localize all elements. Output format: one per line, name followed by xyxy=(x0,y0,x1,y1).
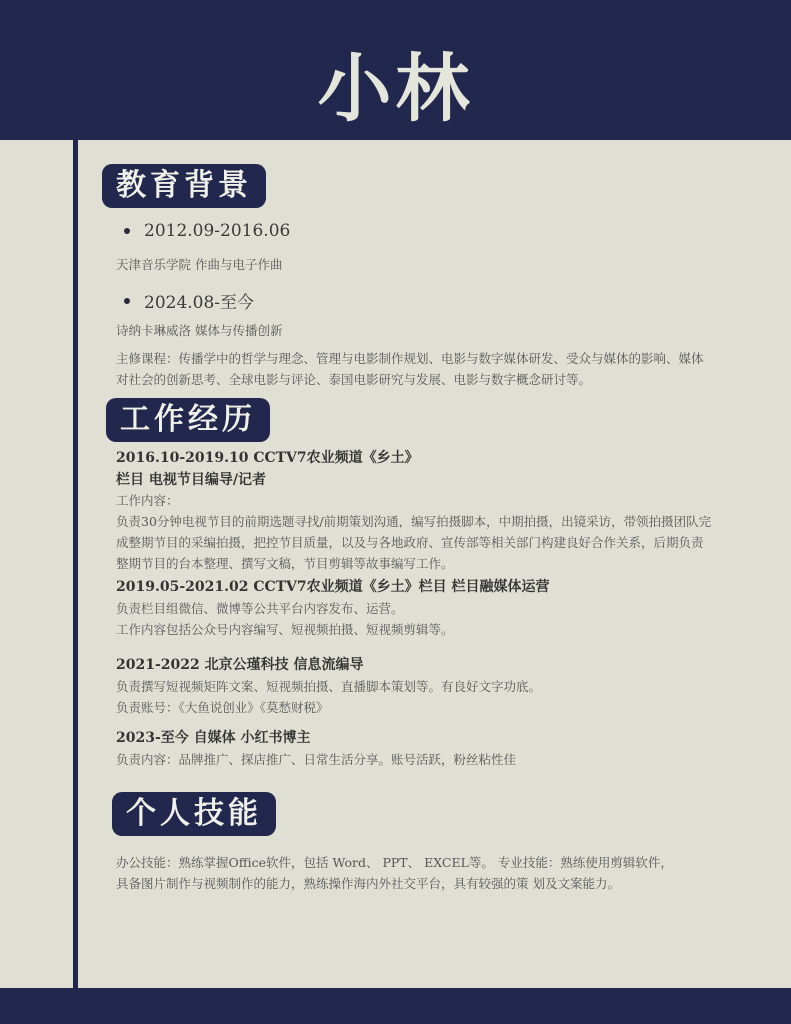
education-period: 2012.09-2016.06 xyxy=(144,221,290,241)
job-line: 成整期节目的采编拍摄，把控节目质量，以及与各地政府、宣传部等相关部门构建良好合作… xyxy=(116,532,756,553)
job-line: 负责账号：《大鱼说创业》《莫愁财税》 xyxy=(116,697,756,718)
education-item-2: 2024.08-至今 xyxy=(124,288,254,313)
section-title-skills: 个人技能 xyxy=(112,792,276,836)
left-divider-line xyxy=(73,140,78,988)
skills-line: 具备图片制作与视频制作的能力，熟练操作海内外社交平台，具有较强的策 划及文案能力… xyxy=(116,873,756,894)
job-title-line: 栏目 电视节目编导/记者 xyxy=(116,469,756,491)
bullet-icon xyxy=(124,298,130,304)
job-line: 负责撰写短视频矩阵文案、短视频拍摄、直播脚本策划等。有良好文字功底。 xyxy=(116,676,756,697)
job-description: 负责撰写短视频矩阵文案、短视频拍摄、直播脚本策划等。有良好文字功底。 负责账号：… xyxy=(116,676,756,718)
job-title: 2019.05-2021.02 CCTV7农业频道《乡土》栏目 栏目融媒体运营 xyxy=(116,576,756,598)
job-label: 工作内容： xyxy=(116,490,756,511)
job-line: 整期节目的台本整理、撰写文稿，节目剪辑等故事编写工作。 xyxy=(116,553,756,574)
courses-line: 对社会的创新思考、全球电影与评论、泰国电影研究与发展、电影与数字概念研讨等。 xyxy=(116,369,756,390)
section-title-education: 教育背景 xyxy=(102,164,266,208)
education-courses: 主修课程：传播学中的哲学与理念、管理与电影制作规划、电影与数字媒体研发、受众与媒… xyxy=(116,348,756,390)
footer-bar xyxy=(0,988,791,1024)
education-period: 2024.08-至今 xyxy=(144,288,254,313)
job-title: 2023-至今 自媒体 小红书博主 xyxy=(116,727,756,749)
job-title: 2021-2022 北京公瑾科技 信息流编导 xyxy=(116,654,756,676)
resume-name: 小林 xyxy=(0,30,791,136)
education-detail: 天津音乐学院 作曲与电子作曲 xyxy=(116,254,756,275)
job-line: 负责30分钟电视节目的前期选题寻找/前期策划沟通，编写拍摄脚本，中期拍摄，出镜采… xyxy=(116,511,756,532)
job-description: 负责内容：品牌推广、探店推广、日常生活分享。账号活跃，粉丝粘性佳 xyxy=(116,749,756,770)
job-description: 工作内容： 负责30分钟电视节目的前期选题寻找/前期策划沟通，编写拍摄脚本，中期… xyxy=(116,490,756,574)
education-detail: 诗纳卡琳威洛 媒体与传播创新 xyxy=(116,320,756,341)
courses-line: 主修课程：传播学中的哲学与理念、管理与电影制作规划、电影与数字媒体研发、受众与媒… xyxy=(116,348,756,369)
job-line: 负责内容：品牌推广、探店推广、日常生活分享。账号活跃，粉丝粘性佳 xyxy=(116,749,756,770)
skills-description: 办公技能：熟练掌握Office软件，包括 Word、 PPT、 EXCEL等。 … xyxy=(116,852,756,894)
education-item-1: 2012.09-2016.06 xyxy=(124,221,290,241)
skills-line: 办公技能：熟练掌握Office软件，包括 Word、 PPT、 EXCEL等。 … xyxy=(116,852,756,873)
job-line: 工作内容包括公众号内容编写、短视频拍摄、短视频剪辑等。 xyxy=(116,619,756,640)
job-line: 负责栏目组微信、微博等公共平台内容发布、运营。 xyxy=(116,598,756,619)
section-title-work: 工作经历 xyxy=(106,398,270,442)
job-description: 负责栏目组微信、微博等公共平台内容发布、运营。 工作内容包括公众号内容编写、短视… xyxy=(116,598,756,640)
job-title-line: 2016.10-2019.10 CCTV7农业频道《乡土》 xyxy=(116,447,756,469)
job-title: 2016.10-2019.10 CCTV7农业频道《乡土》 栏目 电视节目编导/… xyxy=(116,447,756,491)
header-banner: 小林 xyxy=(0,0,791,140)
bullet-icon xyxy=(124,228,130,234)
